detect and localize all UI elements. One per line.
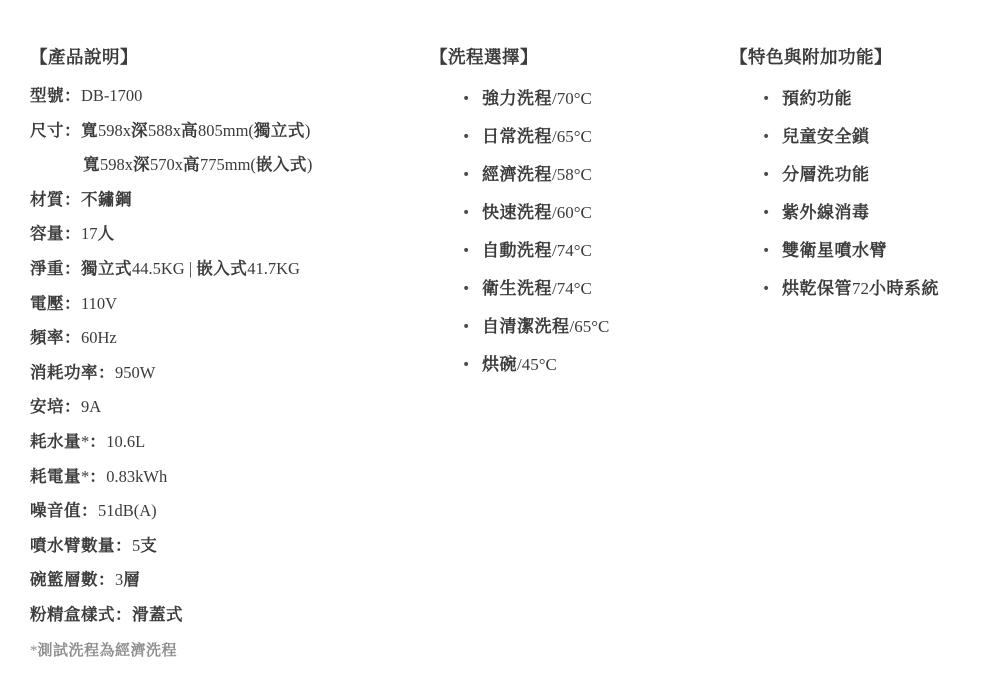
- spec-line: 粉精盒樣式：滑蓋式: [30, 598, 430, 633]
- list-item: •強力洗程/70°C: [430, 80, 728, 118]
- spec-row: 耗電量*：0.83kWh: [30, 460, 430, 495]
- list-item-label: 雙衛星噴水臂: [782, 241, 887, 260]
- wash-program-list: •強力洗程/70°C•日常洗程/65°C•經濟洗程/58°C•快速洗程/60°C…: [430, 80, 728, 384]
- spec-line: 電壓：110V: [30, 287, 430, 322]
- spec-line: 消耗功率：950W: [30, 356, 430, 391]
- bullet-icon: •: [462, 232, 470, 270]
- spec-row: 噴水臂數量：5支: [30, 529, 430, 564]
- list-item-label: 兒童安全鎖: [782, 127, 870, 146]
- list-item: •衛生洗程/74°C: [430, 270, 728, 308]
- list-item: •烘乾保管72小時系統: [730, 270, 998, 308]
- spec-line: 型號：DB-1700: [30, 79, 430, 114]
- list-item: •兒童安全鎖: [730, 118, 998, 156]
- spec-row: 消耗功率：950W: [30, 356, 430, 391]
- spec-line: 尺寸：寬598x深588x高805mm(獨立式): [30, 114, 430, 149]
- bullet-icon: •: [462, 270, 470, 308]
- spec-row: 電壓：110V: [30, 287, 430, 322]
- section-title-wash-programs: 【洗程選擇】: [430, 46, 728, 69]
- bullet-icon: •: [762, 194, 770, 232]
- product-description-section: 【產品說明】 型號：DB-1700尺寸：寬598x深588x高805mm(獨立式…: [30, 46, 430, 668]
- spec-row: 噪音值：51dB(A): [30, 494, 430, 529]
- list-item-label: 紫外線消毒: [782, 203, 870, 222]
- section-title-features: 【特色與附加功能】: [730, 46, 998, 69]
- spec-line: 碗籃層數：3層: [30, 563, 430, 598]
- spec-line: 噪音值：51dB(A): [30, 494, 430, 529]
- list-item: •紫外線消毒: [730, 194, 998, 232]
- list-item-label: 自清潔洗程/65°C: [482, 317, 609, 336]
- spec-continuation-line: 寬598x深570x高775mm(嵌入式): [30, 148, 430, 183]
- list-item-label: 烘乾保管72小時系統: [782, 279, 939, 298]
- bullet-icon: •: [462, 194, 470, 232]
- list-item: •烘碗/45°C: [430, 346, 728, 384]
- bullet-icon: •: [762, 80, 770, 118]
- bullet-icon: •: [762, 270, 770, 308]
- bullet-icon: •: [762, 232, 770, 270]
- list-item-label: 自動洗程/74°C: [482, 241, 592, 260]
- test-program-footnote: *測試洗程為經濟洗程: [30, 633, 430, 669]
- list-item: •自動洗程/74°C: [430, 232, 728, 270]
- list-item: •經濟洗程/58°C: [430, 156, 728, 194]
- spec-row: 碗籃層數：3層: [30, 563, 430, 598]
- list-item-label: 烘碗/45°C: [482, 355, 557, 374]
- spec-line: 噴水臂數量：5支: [30, 529, 430, 564]
- spec-row: 耗水量*：10.6L: [30, 425, 430, 460]
- spec-row: 材質：不鏽鋼: [30, 183, 430, 218]
- feature-list: •預約功能•兒童安全鎖•分層洗功能•紫外線消毒•雙衛星噴水臂•烘乾保管72小時系…: [730, 80, 998, 308]
- spec-line: 容量：17人: [30, 217, 430, 252]
- list-item: •雙衛星噴水臂: [730, 232, 998, 270]
- spec-row: 頻率：60Hz: [30, 321, 430, 356]
- list-item-label: 經濟洗程/58°C: [482, 165, 592, 184]
- list-item: •自清潔洗程/65°C: [430, 308, 728, 346]
- spec-line: 安培：9A: [30, 390, 430, 425]
- features-section: 【特色與附加功能】 •預約功能•兒童安全鎖•分層洗功能•紫外線消毒•雙衛星噴水臂…: [730, 46, 998, 308]
- list-item-label: 快速洗程/60°C: [482, 203, 592, 222]
- spec-line: 耗水量*：10.6L: [30, 425, 430, 460]
- bullet-icon: •: [462, 346, 470, 384]
- list-item-label: 預約功能: [782, 89, 852, 108]
- list-item: •日常洗程/65°C: [430, 118, 728, 156]
- bullet-icon: •: [762, 156, 770, 194]
- spec-line: 淨重：獨立式44.5KG | 嵌入式41.7KG: [30, 252, 430, 287]
- spec-row: 粉精盒樣式：滑蓋式: [30, 598, 430, 633]
- section-title-product-description: 【產品說明】: [30, 46, 430, 69]
- spec-line: 材質：不鏽鋼: [30, 183, 430, 218]
- bullet-icon: •: [462, 80, 470, 118]
- bullet-icon: •: [762, 118, 770, 156]
- wash-program-section: 【洗程選擇】 •強力洗程/70°C•日常洗程/65°C•經濟洗程/58°C•快速…: [430, 46, 728, 384]
- spec-row: 安培：9A: [30, 390, 430, 425]
- spec-row: 淨重：獨立式44.5KG | 嵌入式41.7KG: [30, 252, 430, 287]
- spec-list: 型號：DB-1700尺寸：寬598x深588x高805mm(獨立式)寬598x深…: [30, 79, 430, 633]
- list-item-label: 日常洗程/65°C: [482, 127, 592, 146]
- bullet-icon: •: [462, 156, 470, 194]
- list-item-label: 強力洗程/70°C: [482, 89, 592, 108]
- list-item-label: 衛生洗程/74°C: [482, 279, 592, 298]
- spec-row: 型號：DB-1700: [30, 79, 430, 114]
- bullet-icon: •: [462, 308, 470, 346]
- list-item: •快速洗程/60°C: [430, 194, 728, 232]
- bullet-icon: •: [462, 118, 470, 156]
- spec-row: 容量：17人: [30, 217, 430, 252]
- list-item-label: 分層洗功能: [782, 165, 870, 184]
- dishwasher-spec-sheet: 【產品說明】 型號：DB-1700尺寸：寬598x深588x高805mm(獨立式…: [0, 0, 1000, 678]
- spec-row: 尺寸：寬598x深588x高805mm(獨立式)寬598x深570x高775mm…: [30, 114, 430, 183]
- list-item: •分層洗功能: [730, 156, 998, 194]
- spec-line: 耗電量*：0.83kWh: [30, 460, 430, 495]
- spec-line: 頻率：60Hz: [30, 321, 430, 356]
- list-item: •預約功能: [730, 80, 998, 118]
